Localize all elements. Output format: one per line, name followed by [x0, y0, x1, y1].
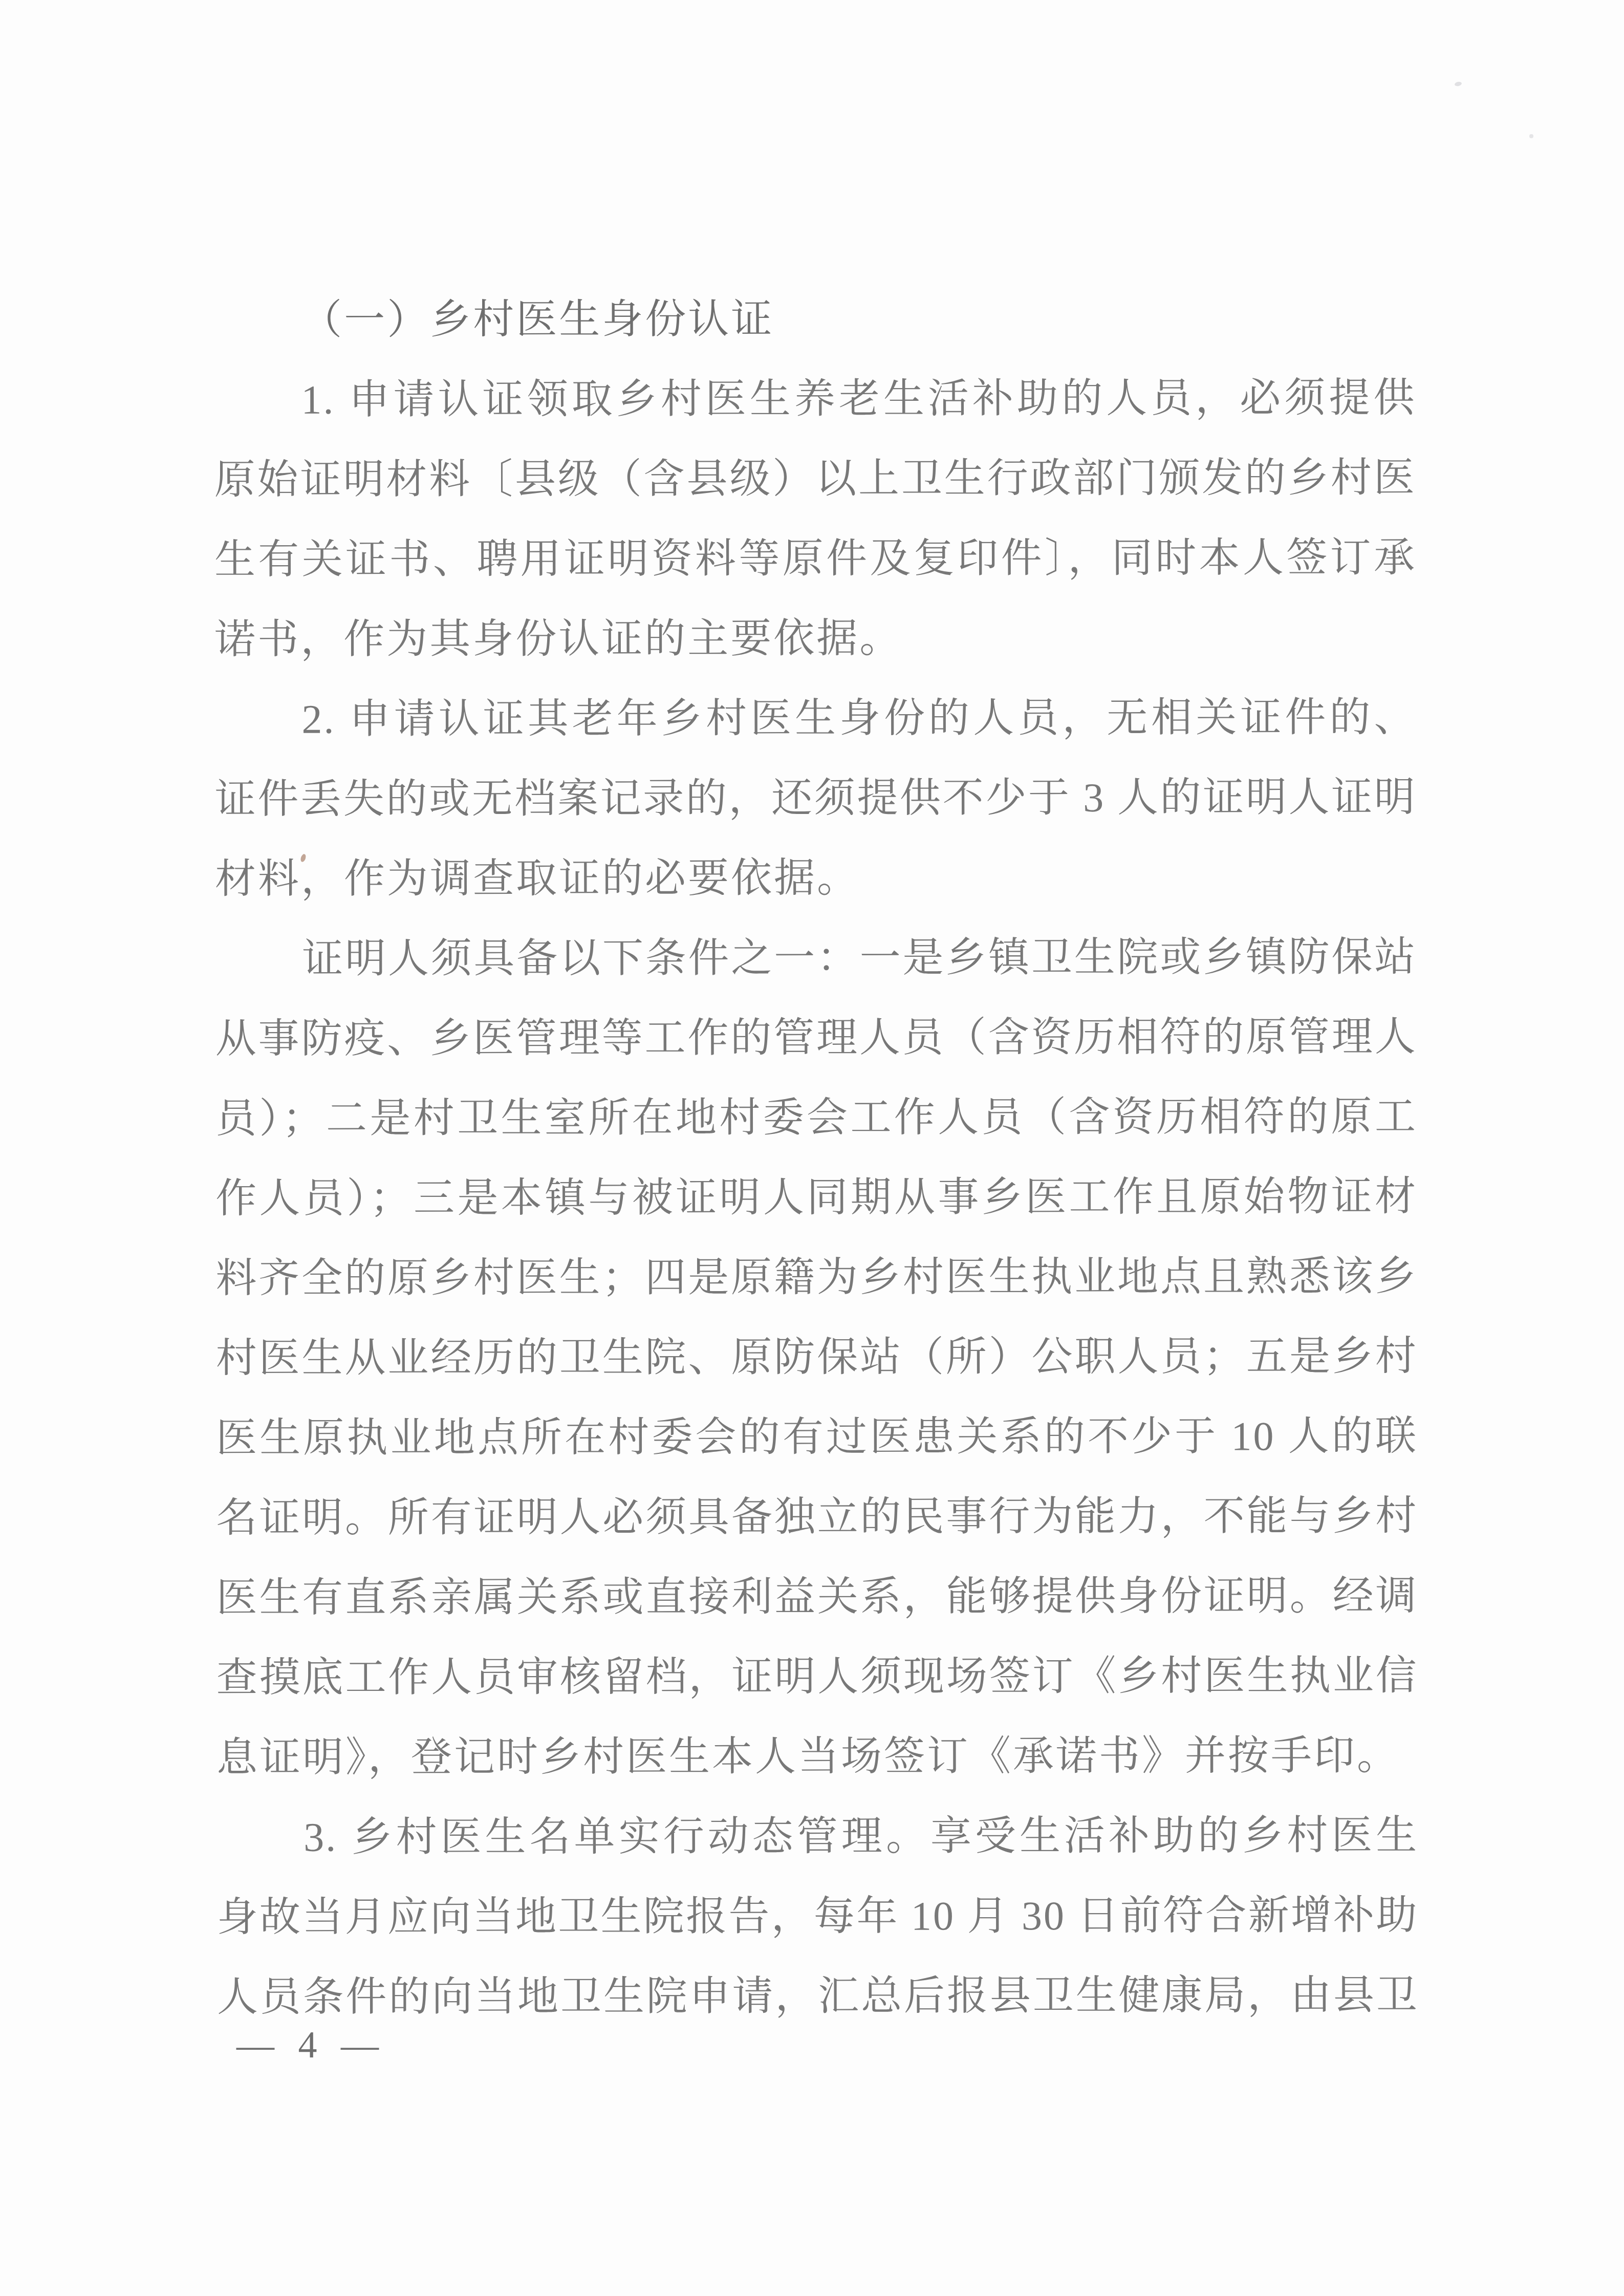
scan-speck	[1454, 81, 1462, 87]
section-heading: （一）乡村医生身份认证	[214, 278, 1416, 360]
text-line: 医生有直系亲属关系或直接利益关系，能够提供身份证明。经调	[216, 1556, 1418, 1638]
text-line: 材料，作为调查取证的必要依据。	[215, 838, 1417, 919]
text-line: 医生原执业地点所在村委会的有过医患关系的不少于 10 人的联	[216, 1397, 1418, 1478]
text-line: 名证明。所有证明人必须具备独立的民事行为能力，不能与乡村	[216, 1476, 1418, 1558]
text-line: 3. 乡村医生名单实行动态管理。享受生活补助的乡村医生	[216, 1796, 1418, 1878]
text-line: 员）；二是村卫生室所在地村委会工作人员（含资历相符的原工	[215, 1077, 1417, 1159]
text-line: 从事防疫、乡医管理等工作的管理人员（含资历相符的原管理人	[215, 997, 1417, 1079]
text-line: 查摸底工作人员审核留档，证明人须现场签订《乡村医生执业信	[216, 1636, 1418, 1718]
scan-speck	[1529, 134, 1533, 138]
text-line: 生有关证书、聘用证明资料等原件及复印件〕，同时本人签订承	[214, 518, 1416, 600]
text-line: 诺书，作为其身份认证的主要依据。	[214, 598, 1416, 680]
text-line: 证件丢失的或无档案记录的，还须提供不少于 3 人的证明人证明	[215, 758, 1417, 840]
text-line: 息证明》，登记时乡村医生本人当场签订《承诺书》并按手印。	[216, 1716, 1418, 1798]
page-number: — 4 —	[236, 2014, 386, 2076]
text-line: 证明人须具备以下条件之一：一是乡镇卫生院或乡镇防保站	[215, 917, 1417, 999]
text-line: 1. 申请认证领取乡村医生养老生活补助的人员，必须提供	[214, 358, 1416, 440]
text-line: 原始证明材料〔县级（含县级）以上卫生行政部门颁发的乡村医	[214, 438, 1416, 520]
text-line: 身故当月应向当地卫生院报告，每年 10 月 30 日前符合新增补助	[216, 1876, 1418, 1958]
text-line: 2. 申请认证其老年乡村医生身份的人员，无相关证件的、	[214, 678, 1416, 760]
document-page: （一）乡村医生身份认证1. 申请认证领取乡村医生养老生活补助的人员，必须提供原始…	[0, 0, 1624, 2296]
text-line: 村医生从业经历的卫生院、原防保站（所）公职人员；五是乡村	[216, 1317, 1418, 1399]
text-line: 料齐全的原乡村医生；四是原籍为乡村医生执业地点且熟悉该乡	[215, 1237, 1417, 1319]
text-line: 人员条件的向当地卫生院申请，汇总后报县卫生健康局，由县卫	[217, 1956, 1419, 2037]
document-body: （一）乡村医生身份认证1. 申请认证领取乡村医生养老生活补助的人员，必须提供原始…	[214, 278, 1419, 2037]
text-line: 作人员）；三是本镇与被证明人同期从事乡医工作且原始物证材	[215, 1157, 1417, 1239]
